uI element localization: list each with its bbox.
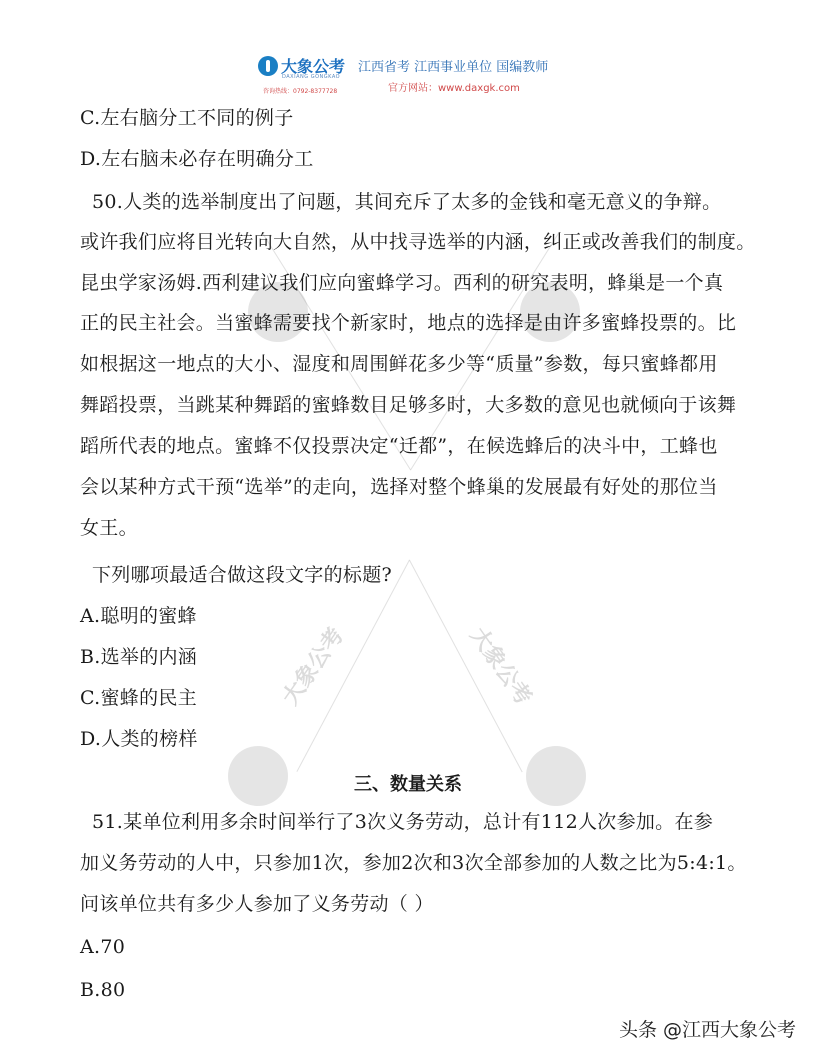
hotline: 咨询热线：0792-8377728 bbox=[263, 86, 337, 95]
option-a: A.聪明的蜜蜂 bbox=[80, 604, 197, 628]
passage-line: 蹈所代表的地点。蜜蜂不仅投票决定“迁都”，在候选蜂后的决斗中，工蜂也 bbox=[80, 434, 718, 458]
brand-slogan: 江西省考 江西事业单位 国编教师 bbox=[358, 56, 548, 75]
brand-subtitle: DAXIANG GONGKAO bbox=[282, 74, 340, 80]
question-line: 51.某单位利用多余时间举行了3次义务劳动，总计有112人次参加。在参 bbox=[92, 810, 713, 834]
option-d: D.左右脑未必存在明确分工 bbox=[80, 147, 314, 171]
website-link[interactable]: 官方网站：www.daxgk.com bbox=[388, 79, 520, 94]
option-b: B.选举的内涵 bbox=[80, 645, 197, 669]
passage-line: 正的民主社会。当蜜蜂需要找个新家时，地点的选择是由许多蜜蜂投票的。比 bbox=[80, 311, 736, 335]
option-c: C.左右脑分工不同的例子 bbox=[80, 106, 294, 130]
watermark-text: 大象公考 bbox=[464, 621, 540, 711]
passage-line: 女王。 bbox=[80, 516, 138, 540]
source-attribution: 头条 @江西大象公考 bbox=[619, 1015, 796, 1042]
question-line: 问该单位共有多少人参加了义务劳动（ ） bbox=[80, 892, 434, 916]
option-b: B.80 bbox=[80, 978, 125, 1002]
option-a: A.70 bbox=[80, 935, 125, 959]
page-header: 大象公考 DAXIANG GONGKAO 江西省考 江西事业单位 国编教师 咨询… bbox=[258, 52, 568, 98]
passage-line: 或许我们应将目光转向大自然，从中找寻选举的内涵，纠正或改善我们的制度。 bbox=[80, 230, 756, 254]
passage-line: 50.人类的选举制度出了问题，其间充斥了太多的金钱和毫无意义的争辩。 bbox=[92, 190, 721, 214]
passage-line: 舞蹈投票，当跳某种舞蹈的蜜蜂数目足够多时，大多数的意见也就倾向于该舞 bbox=[80, 393, 736, 417]
question-line: 加义务劳动的人中，只参加1次，参加2次和3次全部参加的人数之比为5:4:1。 bbox=[80, 851, 747, 875]
passage-line: 昆虫学家汤姆.西利建议我们应向蜜蜂学习。西利的研究表明，蜂巢是一个真 bbox=[80, 271, 723, 295]
option-d: D.人类的榜样 bbox=[80, 727, 198, 751]
passage-line: 如根据这一地点的大小、湿度和周围鲜花多少等“质量”参数，每只蜜蜂都用 bbox=[80, 352, 718, 376]
passage-line: 会以某种方式干预“选举”的走向，选择对整个蜂巢的发展最有好处的那位当 bbox=[80, 475, 718, 499]
question-prompt: 下列哪项最适合做这段文字的标题? bbox=[92, 563, 392, 587]
brand-logo-icon bbox=[258, 56, 278, 76]
option-c: C.蜜蜂的民主 bbox=[80, 686, 197, 710]
watermark-text: 大象公考 bbox=[274, 621, 350, 711]
section-title: 三、数量关系 bbox=[0, 770, 816, 796]
